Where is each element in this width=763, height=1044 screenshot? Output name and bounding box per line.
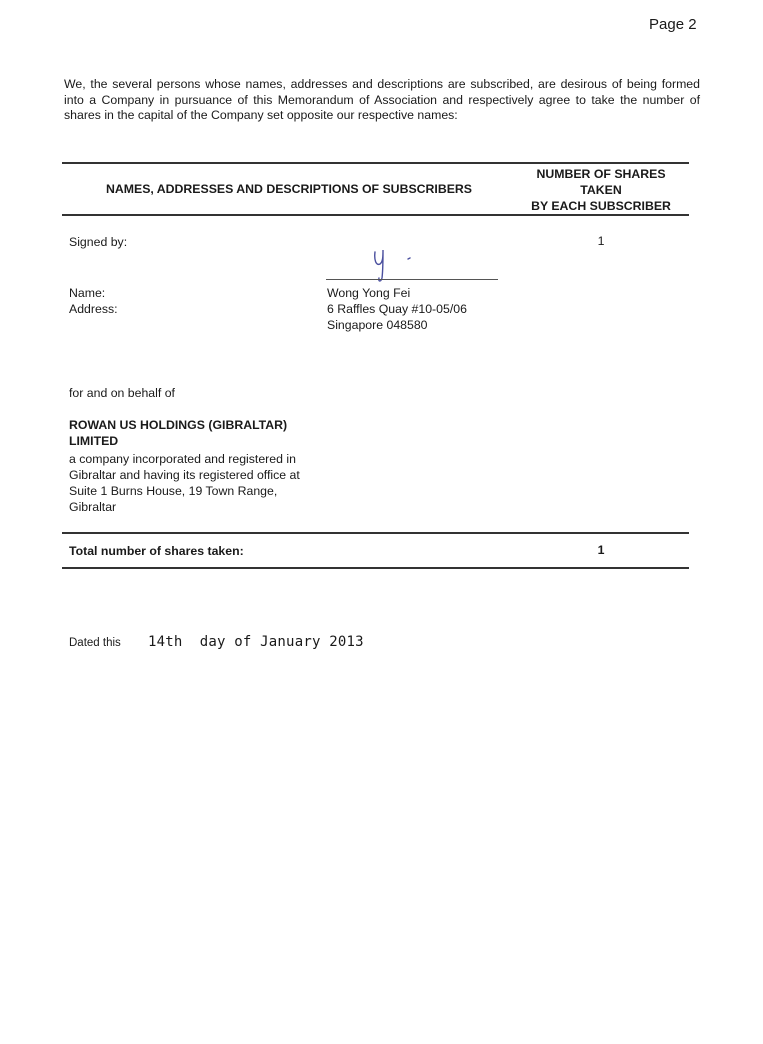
company-name-line-2: LIMITED (69, 433, 118, 449)
header-subscribers: NAMES, ADDRESSES AND DESCRIPTIONS OF SUB… (64, 182, 514, 196)
company-description-line-4: Gibraltar (69, 499, 116, 515)
address-label: Address: (69, 301, 118, 317)
total-label: Total number of shares taken: (69, 543, 244, 559)
page-number: Page 2 (649, 16, 697, 33)
table-top-rule (62, 162, 689, 164)
total-top-rule (62, 532, 689, 534)
name-label: Name: (69, 285, 105, 301)
header-shares-line-1: NUMBER OF SHARES (516, 166, 686, 182)
header-shares-line-2: TAKEN (516, 182, 686, 198)
dated-value: 14th day of January 2013 (148, 634, 364, 650)
signature-line (326, 279, 498, 280)
company-name-line-1: ROWAN US HOLDINGS (GIBRALTAR) (69, 417, 287, 433)
shares-value: 1 (516, 234, 686, 248)
subscriber-address-line-1: 6 Raffles Quay #10-05/06 (327, 301, 467, 317)
company-description-line-1: a company incorporated and registered in (69, 451, 296, 467)
header-shares-line-3: BY EACH SUBSCRIBER (516, 198, 686, 214)
subscriber-address-line-2: Singapore 048580 (327, 317, 428, 333)
signed-by-label: Signed by: (69, 234, 127, 250)
on-behalf-label: for and on behalf of (69, 385, 175, 401)
header-bottom-rule (62, 214, 689, 216)
dated-label: Dated this (69, 637, 121, 649)
total-value: 1 (516, 543, 686, 557)
intro-paragraph: We, the several persons whose names, add… (64, 77, 700, 124)
header-shares: NUMBER OF SHARES TAKEN BY EACH SUBSCRIBE… (516, 166, 686, 214)
company-description-line-3: Suite 1 Burns House, 19 Town Range, (69, 483, 277, 499)
company-description-line-2: Gibraltar and having its registered offi… (69, 467, 300, 483)
total-bottom-rule (62, 567, 689, 569)
subscriber-name: Wong Yong Fei (327, 285, 410, 301)
